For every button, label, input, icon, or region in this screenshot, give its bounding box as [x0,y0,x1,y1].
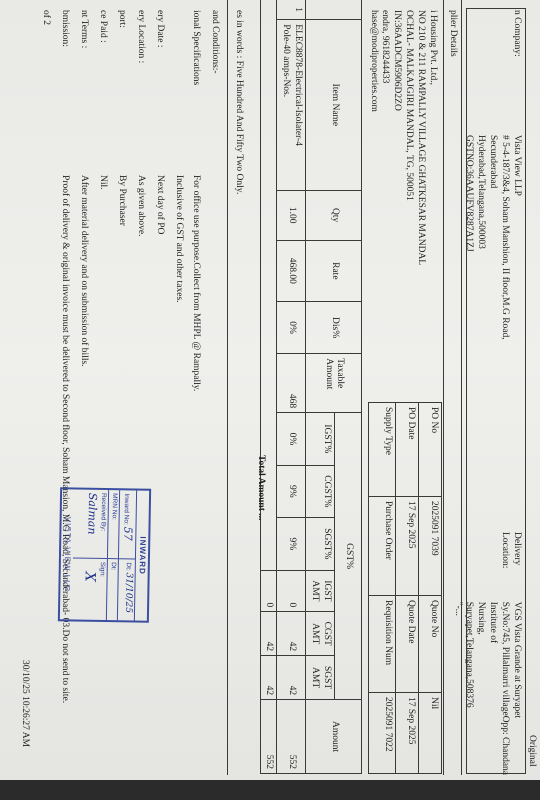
header-discount: Dis% [306,301,362,353]
total-amount: 552 [260,700,277,774]
term-value: After material delivery and on submissio… [70,175,89,367]
header-qty: Qty [306,190,362,240]
header-igst-amt: IGST AMT [306,570,335,612]
supplier-section-label: plier Details [446,10,458,57]
term-label: port: [108,10,127,175]
term-value: As given above. [127,175,146,236]
company-address-2: Secunderabad [486,135,498,340]
page-number: of 2 [39,10,51,770]
stamp-inward-no: Inward No: 57 [119,490,136,559]
stamp-footer: VISTA VIEW LLP [60,489,74,619]
supplier-gstin: IN:36AADCM5906D2ZO [391,10,403,265]
term-value: By Purchaser [108,175,127,226]
header-igst-pct: IGST% [306,413,335,465]
term-label: nt Terms : [70,10,89,175]
term-label: ional Specifications [184,10,201,175]
header-item-name: Item Name [306,20,362,190]
stamp-mrn-label: MRN No: [108,490,119,559]
terms-item: Inclusive of GST and other taxes. [165,10,184,770]
quote-no-label: Quote No [419,596,442,693]
terms-item: bmission: Proof of delivery & original i… [51,10,70,770]
supplier-address-2: OCHAL- MALKAJGIRI MANDAL, TG, 500051 [402,10,414,265]
row-taxable: 468 [277,354,306,413]
po-date-value: 17 Sep 2025 [396,497,419,596]
inward-stamp: INWARD Inward No: 57 Dt: 31/10/25 MRN No… [58,487,151,623]
row-qty: 1.00 [277,190,306,240]
requisition-value: 2025091 7022 [369,693,396,774]
delivery-line-3: Nursing, [475,602,487,800]
delivery-line-4: Suryapet,Telangana,508376 [463,602,475,800]
total-sgst-amt: 42 [260,656,277,700]
header-taxable: Taxable Amount [306,354,362,413]
stamp-received-value: Salman [84,493,99,555]
row-cgst-amt: 42 [277,612,306,656]
po-info-row: Supply Type Purchase Order Requisition N… [369,403,396,774]
header-sgst-amt: SGST AMT [306,656,335,700]
term-label: ery Date : [146,10,165,175]
header-amount: Amount [306,700,362,774]
supplier-name: i Housing Pvt. Ltd., [426,10,438,265]
company-name: Vista View LLP [510,135,522,340]
header-rate: Rate [306,240,362,301]
divider [443,0,444,775]
supplier-contact: endra, 9618244433 [379,10,391,265]
term-value: Proof of delivery & original invoice mus… [51,175,70,703]
terms-item: ery Location : As given above. [127,10,146,770]
total-igst-amt: 0 [260,570,277,612]
term-value: Nil. [89,175,108,190]
quote-no-value: Nil [419,693,442,774]
delivery-line-2: Sy.No:745, Pillalmarri villageOpp: Chand… [486,602,510,800]
header-sgst-pct: SGST% [306,518,335,570]
printed-timestamp: 30/10/25 10:26:27 AM [18,660,30,747]
requisition-label: Requisition Num [369,596,396,693]
total-label: Total Amount ... [254,455,266,520]
item-name-line-2: Pole-40 amps-Nos. [280,24,292,185]
total-cgst-amt: 42 [260,612,277,656]
table-row: 1 ELEC8878-Electrical-Isolater-4 Pole-40… [277,0,306,774]
stamp-sign: Sign: X [73,558,107,585]
po-date-label: PO Date [396,403,419,497]
supplier-block: i Housing Pvt. Ltd., NO 210 & 211 RAMPAL… [367,10,438,265]
row-igst-amt: 0 [277,570,306,612]
divider [461,0,462,775]
stamp-received: Received By: Salman [73,489,108,559]
po-info-row: PO Date 17 Sep 2025 Quote Date 17 Sep 20… [396,403,419,774]
row-serial: 1 [277,0,306,20]
po-no-value: 2025091 7039 [419,497,442,596]
copy-label: Original [525,735,537,767]
terms-item: ional Specifications For office use purp… [184,10,201,770]
row-sgst-pct: 9% [277,518,306,570]
term-value: Inclusive of GST and other taxes. [165,175,184,303]
row-sgst-amt: 42 [277,656,306,700]
terms-item: ery Date : Next day of PO [146,10,165,770]
row-rate: 468.00 [277,240,306,301]
page-edge-shadow [0,780,540,800]
header-cgst-pct: CGST% [306,465,335,517]
terms-list: ional Specifications For office use purp… [39,10,201,770]
term-value: For office use purpose.Collect from MHPL… [184,175,201,391]
stamp-date-value: 31/10/25 [123,572,134,613]
term-value: Next day of PO [146,175,165,234]
term-label: bmission: [51,10,70,175]
po-info-table: PO No 2025091 7039 Quote No Nil PO Date … [368,402,442,774]
company-block: Vista View LLP # 5-4-187/3&4, Soham Mans… [463,135,522,340]
terms-item: ce Paid : Nil. [89,10,108,770]
total-row: 0 42 42 552 [260,0,277,774]
company-label: n Company: [510,10,522,57]
stamp-date: Dt: 31/10/25 [118,559,135,616]
row-item-name: ELEC8878-Electrical-Isolater-4 Pole-40 a… [277,20,306,190]
row-discount: 0% [277,301,306,353]
header-gst-group: GST% [335,413,362,700]
stamp-inward-value: 57 [121,527,134,541]
supplier-address-1: NO 210 & 211 RAMPALLY VILLAGE GHATKESAR … [414,10,426,265]
row-igst-pct: 0% [277,413,306,465]
quote-date-value: 17 Sep 2025 [396,693,419,774]
company-address-1: # 5-4-187/3&4, Soham Manshion, II floor,… [498,135,510,340]
supply-type-label: Supply Type [369,403,396,497]
items-table: Item Name Qty Rate Dis% Taxable Amount G… [260,0,362,774]
amount-in-words: es in words : Five Hundred And Fifty Two… [232,10,244,194]
company-gstin: GSTNO:36AAUFV8287A1ZJ [463,135,475,340]
terms-item: nt Terms : After material delivery and o… [70,10,89,770]
stamp-sign-value: X [80,562,98,582]
row-amount: 552 [277,700,306,774]
divider [227,0,228,775]
terms-heading: and Conditions:- [208,10,220,74]
po-info-row: PO No 2025091 7039 Quote No Nil [419,403,442,774]
po-no-label: PO No [419,403,442,497]
stamp-mrn-date-label: Dt: [108,559,118,573]
term-label [165,10,184,175]
delivery-line-1: VGS Vista Grande at Suryapet [510,602,522,800]
supplier-email: hase@modiproperties.com [367,10,379,265]
header-cgst-amt: CGST AMT [306,612,335,656]
item-name-line-1: ELEC8878-Electrical-Isolater-4 [291,24,303,185]
company-address-3: Hyderabad,Telangana,500003 [475,135,487,340]
quote-date-label: Quote Date [396,596,419,693]
term-label: ery Location : [127,10,146,175]
supply-type-value: Purchase Order [369,497,396,596]
row-cgst-pct: 9% [277,465,306,517]
term-label: ce Paid : [89,10,108,175]
purchase-order-document: Original n Company: Vista View LLP # 5-4… [0,0,540,800]
items-header-row: Item Name Qty Rate Dis% Taxable Amount G… [335,0,362,774]
stamp-title: INWARD [136,533,149,578]
terms-item: port: By Purchaser [108,10,127,770]
